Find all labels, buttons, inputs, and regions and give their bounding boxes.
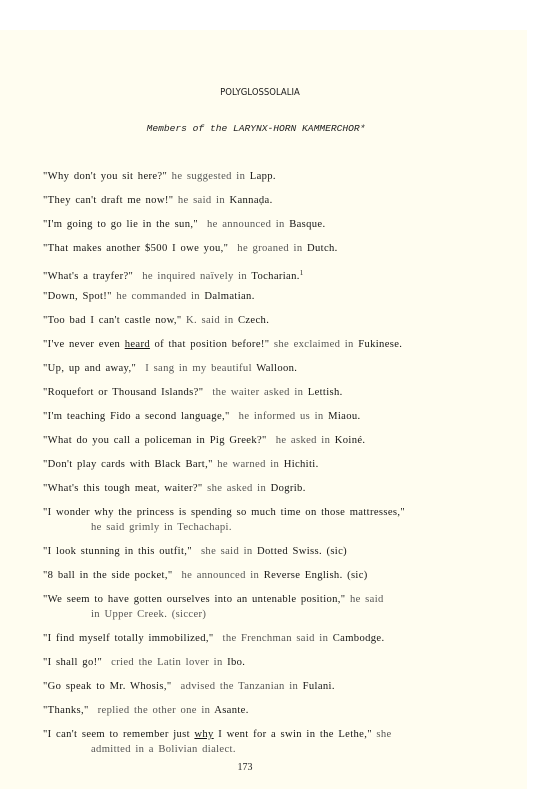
quote-text: "I'm teaching Fido a second language," bbox=[43, 411, 230, 422]
attribution-text: he groaned in bbox=[228, 243, 307, 254]
language-name: Dogrib bbox=[271, 483, 303, 494]
language-name: Hichiti bbox=[284, 459, 316, 470]
attribution-text: he informed us in bbox=[230, 411, 328, 422]
list-item: "What's a trayfer?" he inquired naïvely … bbox=[43, 266, 527, 290]
entries-list: "Why don't you sit here?" he suggested i… bbox=[43, 170, 527, 767]
list-item: "I'm going to go lie in the sun," he ann… bbox=[43, 218, 527, 242]
entry-first-line: "They can't draft me now!" he said in Ka… bbox=[43, 194, 527, 208]
trailing-text: . bbox=[381, 633, 384, 644]
entry-first-line: "I'm going to go lie in the sun," he ann… bbox=[43, 218, 527, 232]
list-item: "8 ball in the side pocket," he announce… bbox=[43, 569, 527, 593]
quote-text: "Go speak to Mr. Whosis," bbox=[43, 681, 172, 692]
trailing-text: . bbox=[266, 315, 269, 326]
entry-first-line: "What do you call a policeman in Pig Gre… bbox=[43, 434, 527, 448]
attribution-text: she exclaimed in bbox=[269, 339, 358, 350]
entry-first-line: "What's a trayfer?" he inquired naïvely … bbox=[43, 266, 527, 284]
entry-first-line: "That makes another $500 I owe you," he … bbox=[43, 242, 527, 256]
trailing-text: . bbox=[316, 459, 319, 470]
trailing-text: . bbox=[273, 171, 276, 182]
entry-first-line: "Up, up and away," I sang in my beautifu… bbox=[43, 362, 527, 376]
list-item: "I look stunning in this outfit," she sa… bbox=[43, 545, 527, 569]
quote-text: "I've never even bbox=[43, 339, 125, 350]
quote-text: "Thanks," bbox=[43, 705, 89, 716]
page-number: 173 bbox=[0, 762, 490, 773]
language-name: Kannaḍa bbox=[229, 195, 269, 206]
quote-text: "Don't play cards with Black Bart," bbox=[43, 459, 213, 470]
attribution-text: he announced in bbox=[198, 219, 289, 230]
quote-text: "Too bad I can't castle now," bbox=[43, 315, 182, 326]
list-item: "I'm teaching Fido a second language," h… bbox=[43, 410, 527, 434]
attribution-text: cried the Latin lover in bbox=[102, 657, 227, 668]
list-item: "Down, Spot!" he commanded in Dalmatian. bbox=[43, 290, 527, 314]
entry-first-line: "I shall go!" cried the Latin lover in I… bbox=[43, 656, 527, 670]
attribution-text: advised the Tanzanian in bbox=[172, 681, 303, 692]
trailing-text: . bbox=[358, 411, 361, 422]
entry-first-line: "I can't seem to remember just why I wen… bbox=[43, 728, 527, 742]
language-name: Reverse English bbox=[264, 570, 340, 581]
entry-first-line: "I wonder why the princess is spending s… bbox=[43, 506, 527, 520]
footnote-marker: 1 bbox=[300, 269, 304, 277]
trailing-text: . bbox=[242, 657, 245, 668]
list-item: "Why don't you sit here?" he suggested i… bbox=[43, 170, 527, 194]
entry-continuation-line: he said grimly in Techachapi. bbox=[43, 520, 527, 535]
language-name: Cambodge bbox=[333, 633, 382, 644]
attribution-text: I sang in my beautiful bbox=[136, 363, 256, 374]
quote-text: "Why don't you sit here?" bbox=[43, 171, 167, 182]
list-item: "I wonder why the princess is spending s… bbox=[43, 506, 527, 545]
document-page: POLYGLOSSOLALIA Members of the LARYNX-HO… bbox=[0, 30, 527, 789]
entry-first-line: "Down, Spot!" he commanded in Dalmatian. bbox=[43, 290, 527, 304]
quote-text: "What's this tough meat, waiter?" bbox=[43, 483, 203, 494]
trailing-text: . bbox=[335, 243, 338, 254]
list-item: "What do you call a policeman in Pig Gre… bbox=[43, 434, 527, 458]
language-name: Basque bbox=[289, 219, 322, 230]
attribution-text: he inquired naïvely in bbox=[133, 271, 251, 282]
attribution-text: she bbox=[372, 729, 392, 740]
entry-continuation-line: in Upper Creek. (siccer) bbox=[43, 607, 527, 622]
attribution-text: K. said in bbox=[182, 315, 238, 326]
list-item: "Don't play cards with Black Bart," he w… bbox=[43, 458, 527, 482]
language-name: Dutch bbox=[307, 243, 335, 254]
list-item: "I find myself totally immobilized," the… bbox=[43, 632, 527, 656]
entry-first-line: "Too bad I can't castle now," K. said in… bbox=[43, 314, 527, 328]
language-name: Koiné bbox=[335, 435, 363, 446]
language-name: Tocharian bbox=[251, 271, 296, 282]
trailing-text: . bbox=[246, 705, 249, 716]
list-item: "Go speak to Mr. Whosis," advised the Ta… bbox=[43, 680, 527, 704]
language-name: Dalmatian bbox=[204, 291, 251, 302]
entry-first-line: "Go speak to Mr. Whosis," advised the Ta… bbox=[43, 680, 527, 694]
trailing-text: . bbox=[270, 195, 273, 206]
entry-first-line: "I'm teaching Fido a second language," h… bbox=[43, 410, 527, 424]
entry-first-line: "Thanks," replied the other one in Asant… bbox=[43, 704, 527, 718]
underlined-word: heard bbox=[125, 339, 150, 350]
language-name: Asante bbox=[214, 705, 246, 716]
list-item: "Too bad I can't castle now," K. said in… bbox=[43, 314, 527, 338]
quote-text: "I'm going to go lie in the sun," bbox=[43, 219, 198, 230]
entry-first-line: "I look stunning in this outfit," she sa… bbox=[43, 545, 527, 559]
trailing-text: . bbox=[303, 483, 306, 494]
language-name: Fukinese bbox=[358, 339, 399, 350]
trailing-text: . bbox=[362, 435, 365, 446]
language-name: Czech bbox=[238, 315, 266, 326]
trailing-text: . (sic) bbox=[340, 570, 368, 581]
entry-first-line: "8 ball in the side pocket," he announce… bbox=[43, 569, 527, 583]
underlined-word: why bbox=[194, 729, 213, 740]
quote-text: I went for a swin in the Lethe," bbox=[214, 729, 372, 740]
trailing-text: . bbox=[322, 219, 325, 230]
quote-text: "I can't seem to remember just bbox=[43, 729, 194, 740]
list-item: "I've never even heard of that position … bbox=[43, 338, 527, 362]
attribution-text: he announced in bbox=[173, 570, 264, 581]
language-name: Lettish bbox=[308, 387, 340, 398]
attribution-text: replied the other one in bbox=[89, 705, 215, 716]
trailing-text: . (sic) bbox=[319, 546, 347, 557]
page-subtitle: Members of the LARYNX-HORN KAMMERCHOR* bbox=[0, 123, 512, 134]
attribution-text: he commanded in bbox=[112, 291, 205, 302]
quote-text: "Roquefort or Thousand Islands?" bbox=[43, 387, 203, 398]
entry-first-line: "Don't play cards with Black Bart," he w… bbox=[43, 458, 527, 472]
list-item: "Up, up and away," I sang in my beautifu… bbox=[43, 362, 527, 386]
attribution-text: he said in bbox=[173, 195, 229, 206]
list-item: "We seem to have gotten ourselves into a… bbox=[43, 593, 527, 632]
trailing-text: . bbox=[340, 387, 343, 398]
quote-text: "Up, up and away," bbox=[43, 363, 136, 374]
language-name: Fulani bbox=[303, 681, 332, 692]
quote-text: "I look stunning in this outfit," bbox=[43, 546, 192, 557]
entry-first-line: "We seem to have gotten ourselves into a… bbox=[43, 593, 527, 607]
quote-text: "I shall go!" bbox=[43, 657, 102, 668]
quote-text: "Down, Spot!" bbox=[43, 291, 112, 302]
trailing-text: . bbox=[332, 681, 335, 692]
attribution-text: he asked in bbox=[267, 435, 335, 446]
language-name: Lapp bbox=[250, 171, 273, 182]
quote-text: "I wonder why the princess is spending s… bbox=[43, 507, 405, 518]
list-item: "They can't draft me now!" he said in Ka… bbox=[43, 194, 527, 218]
entry-first-line: "What's this tough meat, waiter?" she as… bbox=[43, 482, 527, 496]
entry-first-line: "I find myself totally immobilized," the… bbox=[43, 632, 527, 646]
attribution-text: the waiter asked in bbox=[203, 387, 307, 398]
attribution-text: he warned in bbox=[213, 459, 284, 470]
attribution-text: she asked in bbox=[203, 483, 271, 494]
quote-text: "They can't draft me now!" bbox=[43, 195, 173, 206]
trailing-text: . bbox=[399, 339, 402, 350]
trailing-text: . bbox=[252, 291, 255, 302]
entry-first-line: "Why don't you sit here?" he suggested i… bbox=[43, 170, 527, 184]
quote-text: "What's a trayfer?" bbox=[43, 271, 133, 282]
quote-text: "I find myself totally immobilized," bbox=[43, 633, 214, 644]
entry-continuation-line: admitted in a Bolivian dialect. bbox=[43, 742, 527, 757]
entry-first-line: "I've never even heard of that position … bbox=[43, 338, 527, 352]
entry-first-line: "Roquefort or Thousand Islands?" the wai… bbox=[43, 386, 527, 400]
trailing-text: . bbox=[294, 363, 297, 374]
language-name: Dotted Swiss bbox=[257, 546, 319, 557]
list-item: "I shall go!" cried the Latin lover in I… bbox=[43, 656, 527, 680]
quote-text: "What do you call a policeman in Pig Gre… bbox=[43, 435, 267, 446]
quote-text: "8 ball in the side pocket," bbox=[43, 570, 173, 581]
quote-text: "That makes another $500 I owe you," bbox=[43, 243, 228, 254]
attribution-text: the Frenchman said in bbox=[214, 633, 333, 644]
list-item: "What's this tough meat, waiter?" she as… bbox=[43, 482, 527, 506]
list-item: "Thanks," replied the other one in Asant… bbox=[43, 704, 527, 728]
list-item: "Roquefort or Thousand Islands?" the wai… bbox=[43, 386, 527, 410]
list-item: "That makes another $500 I owe you," he … bbox=[43, 242, 527, 266]
quote-text: of that position before!" bbox=[150, 339, 269, 350]
language-name: Walloon bbox=[256, 363, 294, 374]
language-name: Miaou bbox=[328, 411, 357, 422]
attribution-text: he said bbox=[345, 594, 383, 605]
page-title: POLYGLOSSOLALIA bbox=[39, 87, 481, 98]
attribution-text: he suggested in bbox=[167, 171, 250, 182]
attribution-text: she said in bbox=[192, 546, 257, 557]
quote-text: "We seem to have gotten ourselves into a… bbox=[43, 594, 345, 605]
language-name: Ibo bbox=[227, 657, 242, 668]
